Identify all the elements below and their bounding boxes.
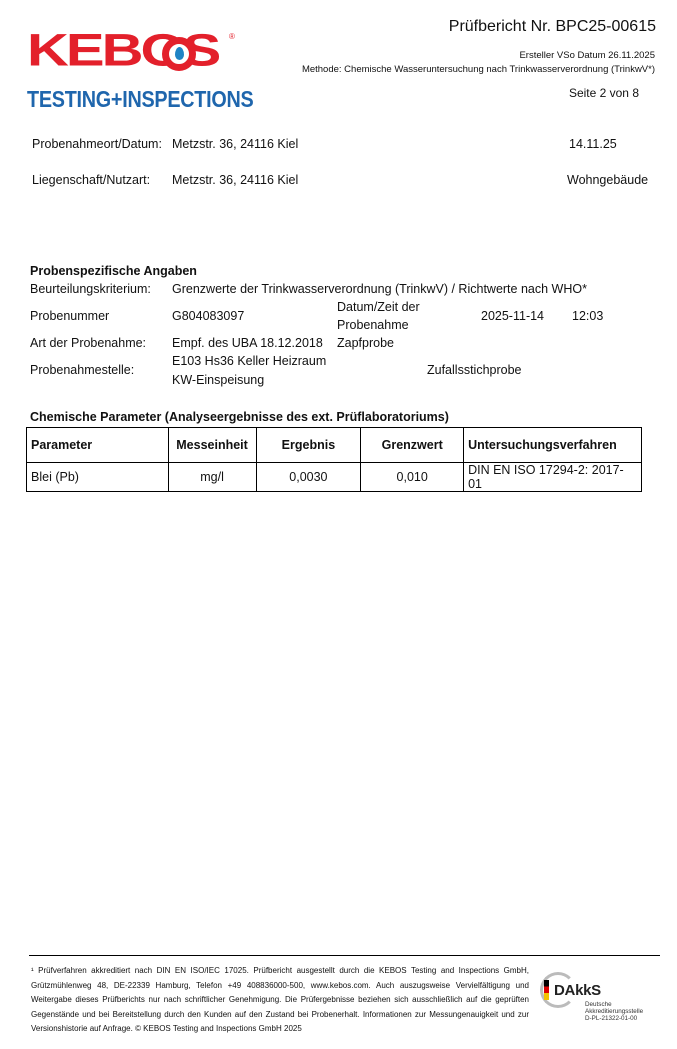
criteria-value: Grenzwerte der Trinkwasserverordnung (Tr… <box>172 282 587 296</box>
sample-date: 2025-11-14 <box>481 309 544 323</box>
cell-unit: mg/l <box>168 463 256 492</box>
footer-divider <box>29 955 660 956</box>
column-header-limit: Grenzwert <box>361 428 464 463</box>
sampling-kind: Zapfprobe <box>337 336 394 350</box>
method-line: Methode: Chemische Wasseruntersuchung na… <box>302 64 655 75</box>
german-flag-icon <box>544 980 549 1000</box>
datetime-label-line1: Datum/Zeit der <box>337 300 420 314</box>
sample-number-label: Probenummer <box>30 309 109 323</box>
cell-parameter: Blei (Pb) <box>27 463 169 492</box>
dakks-line3: D-PL-21322-01-00 <box>585 1015 643 1022</box>
sampling-type-label: Art der Probenahme: <box>30 336 146 350</box>
page-indicator: Seite 2 von 8 <box>569 86 639 100</box>
dakks-line1: Deutsche <box>585 1001 643 1008</box>
registered-mark: ® <box>229 32 235 41</box>
sampling-place-value: Metzstr. 36, 24116 Kiel <box>172 137 298 151</box>
kebos-logo-tagline: TESTING+INSPECTIONS <box>27 86 253 112</box>
cell-method: DIN EN ISO 17294-2: 2017-01 <box>464 463 642 492</box>
criteria-label: Beurteilungskriterium: <box>30 282 151 296</box>
sample-info-heading: Probenspezifische Angaben <box>30 264 197 278</box>
footer-legal-text: ¹ Prüfverfahren akkreditiert nach DIN EN… <box>31 964 529 1037</box>
property-value: Metzstr. 36, 24116 Kiel <box>172 173 298 187</box>
usage-type: Wohngebäude <box>567 173 648 187</box>
sample-time: 12:03 <box>572 309 603 323</box>
sampling-point-label: Probenahmestelle: <box>30 363 134 377</box>
dakks-name: DAkkS <box>554 982 601 999</box>
sample-number-value: G804083097 <box>172 309 244 323</box>
creator-date-line: Ersteller VSo Datum 26.11.2025 <box>519 50 655 61</box>
column-header-method: Untersuchungsverfahren <box>464 428 642 463</box>
dakks-subtitle: Deutsche Akkreditierungsstelle D-PL-2132… <box>585 1001 643 1022</box>
report-title: Prüfbericht Nr. BPC25-00615 <box>449 18 656 36</box>
property-label: Liegenschaft/Nutzart: <box>32 173 150 187</box>
cell-limit: 0,010 <box>361 463 464 492</box>
sampling-point-line1: E103 Hs36 Keller Heizraum <box>172 354 326 368</box>
chemical-parameters-table: Parameter Messeinheit Ergebnis Grenzwert… <box>26 427 642 492</box>
dakks-line2: Akkreditierungsstelle <box>585 1008 643 1015</box>
table-header-row: Parameter Messeinheit Ergebnis Grenzwert… <box>27 428 642 463</box>
dakks-accreditation-logo: DAkkS Deutsche Akkreditierungsstelle D-P… <box>540 972 660 1022</box>
sampling-method: Zufallsstichprobe <box>427 363 522 377</box>
sampling-place-label: Probenahmeort/Datum: <box>32 137 162 151</box>
chemical-parameters-heading: Chemische Parameter (Analyseergebnisse d… <box>30 410 449 424</box>
sampling-date: 14.11.25 <box>569 137 617 151</box>
column-header-parameter: Parameter <box>27 428 169 463</box>
sampling-type-value: Empf. des UBA 18.12.2018 <box>172 336 323 350</box>
water-drop-icon <box>162 37 196 71</box>
cell-result: 0,0030 <box>256 463 361 492</box>
table-row: Blei (Pb) mg/l 0,0030 0,010 DIN EN ISO 1… <box>27 463 642 492</box>
column-header-unit: Messeinheit <box>168 428 256 463</box>
column-header-result: Ergebnis <box>256 428 361 463</box>
sampling-point-line2: KW-Einspeisung <box>172 373 264 387</box>
datetime-label-line2: Probenahme <box>337 318 409 332</box>
